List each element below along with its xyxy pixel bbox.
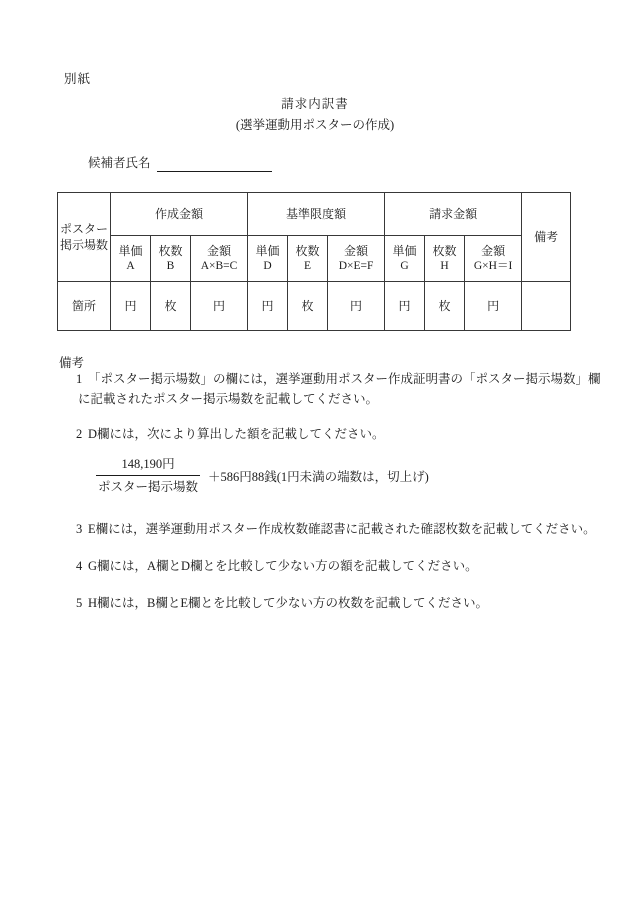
subheader-code: A <box>111 259 150 273</box>
note-number: 4 <box>76 556 88 576</box>
subheader-label: 枚数 <box>151 244 190 259</box>
subheader-code: D×E=F <box>328 259 384 273</box>
subheader-sheets-b: 枚数B <box>151 236 191 282</box>
formula-numerator: 148,190円 <box>96 456 200 476</box>
note-text: D欄には，次により算出した額を記載してください。 <box>88 427 385 441</box>
subheader-amount-i: 金額G×H＝I <box>465 236 522 282</box>
note-number: 3 <box>76 519 88 539</box>
note-text-continued: に記載されたポスター掲示場数を記載してください。 <box>78 389 601 409</box>
formula-suffix: ＋586円88銭(1円未満の端数は，切上げ) <box>208 469 429 485</box>
subheader-amount-c: 金額A×B=C <box>191 236 248 282</box>
note-text: G欄には，A欄とD欄とを比較して少ない方の額を記載してください。 <box>88 559 478 573</box>
note-line: 4G欄には，A欄とD欄とを比較して少ない方の額を記載してください。 <box>76 556 478 576</box>
unit-cell-sheets-h: 枚 <box>425 282 465 331</box>
note-item-1: 1「ポスター掲示場数」の欄には，選挙運動用ポスター作成証明書の「ポスター掲示場数… <box>76 369 601 409</box>
subheader-unit-price-g: 単価G <box>385 236 425 282</box>
subheader-label: 枚数 <box>425 244 464 259</box>
subheader-code: B <box>151 259 190 273</box>
unit-cell-yen-a: 円 <box>111 282 151 331</box>
candidate-name-blank-line <box>157 160 272 172</box>
subheader-label: 単価 <box>385 244 424 259</box>
subheader-label: 単価 <box>111 244 150 259</box>
subheader-amount-f: 金額D×E=F <box>328 236 385 282</box>
group-header-standard-limit: 基準限度額 <box>248 193 385 236</box>
subheader-label: 金額 <box>328 244 384 259</box>
subheader-code: E <box>288 259 327 273</box>
note-number: 1 <box>76 369 88 389</box>
subheader-label: 枚数 <box>288 244 327 259</box>
document-title: 請求内訳書 <box>0 96 630 112</box>
subheader-unit-price-d: 単価D <box>248 236 288 282</box>
subheader-label: 単価 <box>248 244 287 259</box>
note-text: H欄には，B欄とE欄とを比較して少ない方の枚数を記載してください。 <box>88 596 488 610</box>
calculation-formula: 148,190円 ポスター掲示場数 ＋586円88銭(1円未満の端数は，切上げ) <box>96 456 429 495</box>
note-line: 5H欄には，B欄とE欄とを比較して少ない方の枚数を記載してください。 <box>76 593 488 613</box>
row-label-locations: 箇所 <box>58 282 111 331</box>
subheader-code: G×H＝I <box>465 259 521 273</box>
subheader-code: H <box>425 259 464 273</box>
subheader-code: A×B=C <box>191 259 247 273</box>
group-header-billing-amount: 請求金額 <box>385 193 522 236</box>
note-number: 2 <box>76 424 88 444</box>
remarks-cell-empty <box>522 282 571 331</box>
note-text: E欄には，選挙運動用ポスター作成枚数確認書に記載された確認枚数を記載してください… <box>88 522 596 536</box>
note-number: 5 <box>76 593 88 613</box>
note-line: 2D欄には，次により算出した額を記載してください。 <box>76 424 385 444</box>
note-item-5: 5H欄には，B欄とE欄とを比較して少ない方の枚数を記載してください。 <box>76 593 488 613</box>
subheader-sheets-e: 枚数E <box>288 236 328 282</box>
note-line: 3E欄には，選挙運動用ポスター作成枚数確認書に記載された確認枚数を記載してくださ… <box>76 519 596 539</box>
candidate-name-label: 候補者氏名 <box>88 155 151 171</box>
note-item-2: 2D欄には，次により算出した額を記載してください。 <box>76 424 385 444</box>
unit-cell-yen-c: 円 <box>191 282 248 331</box>
group-header-creation-amount: 作成金額 <box>111 193 248 236</box>
subheader-code: D <box>248 259 287 273</box>
subheader-code: G <box>385 259 424 273</box>
poster-sites-header: ポスター掲示場数 <box>58 193 111 282</box>
document-subtitle: (選挙運動用ポスターの作成) <box>0 117 630 133</box>
note-line: 1「ポスター掲示場数」の欄には，選挙運動用ポスター作成証明書の「ポスター掲示場数… <box>76 369 601 389</box>
formula-fraction: 148,190円 ポスター掲示場数 <box>96 456 200 495</box>
unit-cell-yen-i: 円 <box>465 282 522 331</box>
subheader-label: 金額 <box>191 244 247 259</box>
unit-cell-sheets-b: 枚 <box>151 282 191 331</box>
attachment-label: 別紙 <box>64 71 91 87</box>
subheader-label: 金額 <box>465 244 521 259</box>
unit-cell-yen-g: 円 <box>385 282 425 331</box>
subheader-unit-price-a: 単価A <box>111 236 151 282</box>
document-page: 別紙 請求内訳書 (選挙運動用ポスターの作成) 候補者氏名 ポスター掲示場数 作… <box>0 0 630 903</box>
subheader-sheets-h: 枚数H <box>425 236 465 282</box>
billing-breakdown-table: ポスター掲示場数 作成金額 基準限度額 請求金額 備考 単価A 枚数B 金額A×… <box>57 192 571 331</box>
formula-denominator: ポスター掲示場数 <box>96 476 200 495</box>
note-item-3: 3E欄には，選挙運動用ポスター作成枚数確認書に記載された確認枚数を記載してくださ… <box>76 519 596 539</box>
unit-cell-sheets-e: 枚 <box>288 282 328 331</box>
unit-cell-yen-f: 円 <box>328 282 385 331</box>
note-text: 「ポスター掲示場数」の欄には，選挙運動用ポスター作成証明書の「ポスター掲示場数」… <box>88 372 601 386</box>
unit-cell-yen-d: 円 <box>248 282 288 331</box>
note-item-4: 4G欄には，A欄とD欄とを比較して少ない方の額を記載してください。 <box>76 556 478 576</box>
remarks-header: 備考 <box>522 193 571 282</box>
